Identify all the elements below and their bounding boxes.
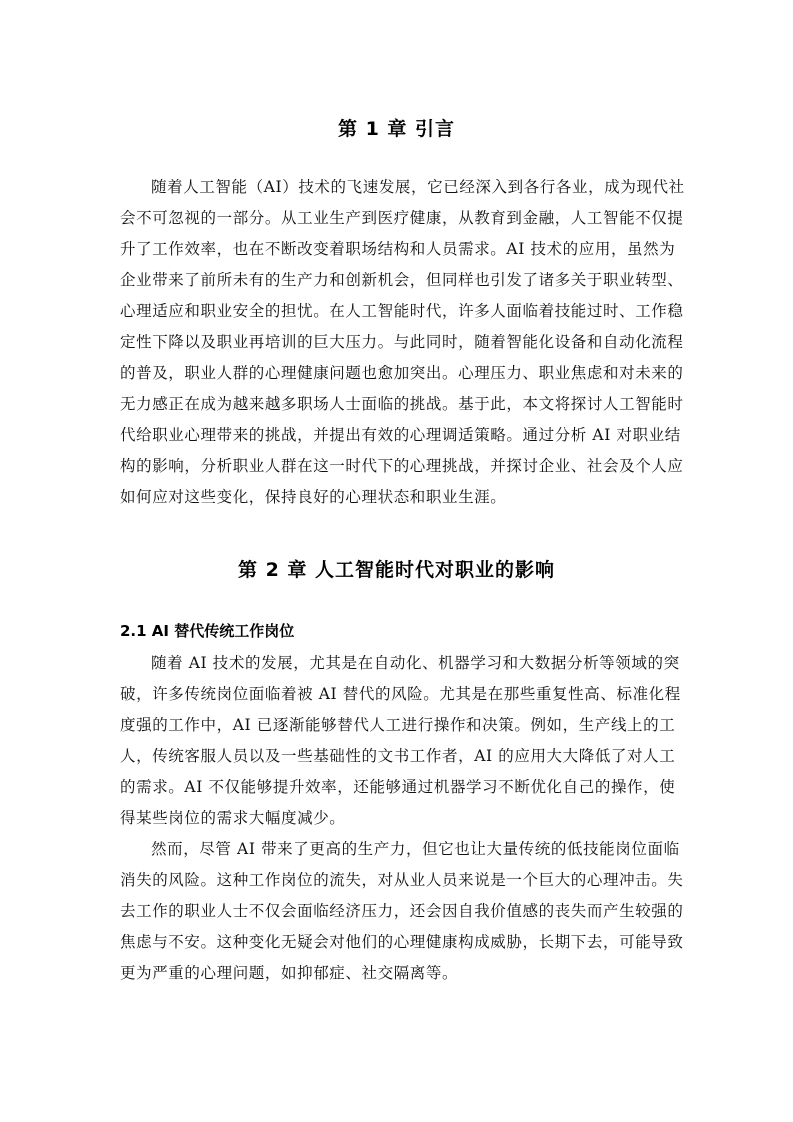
text-line: 企业带来了前所未有的生产力和创新机会，但同样也引发了诸多关于职业转型、 [120,265,672,296]
text-line: 无力感正在成为越来越多职场人士面临的挑战。基于此，本文将探讨人工智能时 [120,389,672,420]
text-line: 随着人工智能（AI）技术的飞速发展，它已经深入到各行各业，成为现代社 [120,172,672,203]
text-line: 如何应对这些变化，保持良好的心理状态和职业生涯。 [120,482,672,513]
chapter-1-title: 第 1 章 引言 [0,114,793,141]
text-line: 的需求。AI 不仅能够提升效率，还能够通过机器学习不断优化自己的操作，使 [120,772,672,803]
text-line: 心理适应和职业安全的担忧。在人工智能时代，许多人面临着技能过时、工作稳 [120,296,672,327]
text-line: 升了工作效率，也在不断改变着职场结构和人员需求。AI 技术的应用，虽然为 [120,234,672,265]
text-line: 随着 AI 技术的发展，尤其是在自动化、机器学习和大数据分析等领域的突 [120,648,672,679]
text-line: 定性下降以及职业再培训的巨大压力。与此同时，随着智能化设备和自动化流程 [120,327,672,358]
chapter-1-paragraph-1: 随着人工智能（AI）技术的飞速发展，它已经深入到各行各业，成为现代社 会不可忽视… [120,172,672,513]
text-line: 然而，尽管 AI 带来了更高的生产力，但它也让大量传统的低技能岗位面临 [120,834,672,865]
text-line: 会不可忽视的一部分。从工业生产到医疗健康，从教育到金融，人工智能不仅提 [120,203,672,234]
text-line: 的普及，职业人群的心理健康问题也愈加突出。心理压力、职业焦虑和对未来的 [120,358,672,389]
text-line: 更为严重的心理问题，如抑郁症、社交隔离等。 [120,958,672,989]
text-line: 消失的风险。这种工作岗位的流失，对从业人员来说是一个巨大的心理冲击。失 [120,865,672,896]
section-2-1-paragraph-2: 然而，尽管 AI 带来了更高的生产力，但它也让大量传统的低技能岗位面临 消失的风… [120,834,672,989]
document-page: 第 1 章 引言 随着人工智能（AI）技术的飞速发展，它已经深入到各行各业，成为… [0,0,793,1122]
chapter-2-title: 第 2 章 人工智能时代对职业的影响 [0,555,793,582]
text-line: 人，传统客服人员以及一些基础性的文书工作者，AI 的应用大大降低了对人工 [120,741,672,772]
text-line: 去工作的职业人士不仅会面临经济压力，还会因自我价值感的丧失而产生较强的 [120,896,672,927]
text-line: 破，许多传统岗位面临着被 AI 替代的风险。尤其是在那些重复性高、标准化程 [120,679,672,710]
text-line: 度强的工作中，AI 已逐渐能够替代人工进行操作和决策。例如，生产线上的工 [120,710,672,741]
text-line: 得某些岗位的需求大幅度减少。 [120,803,672,834]
section-2-1-paragraph-1: 随着 AI 技术的发展，尤其是在自动化、机器学习和大数据分析等领域的突 破，许多… [120,648,672,834]
section-2-1-title: 2.1 AI 替代传统工作岗位 [120,620,294,641]
text-line: 构的影响，分析职业人群在这一时代下的心理挑战，并探讨企业、社会及个人应 [120,451,672,482]
text-line: 焦虑与不安。这种变化无疑会对他们的心理健康构成威胁，长期下去，可能导致 [120,927,672,958]
text-line: 代给职业心理带来的挑战，并提出有效的心理调适策略。通过分析 AI 对职业结 [120,420,672,451]
